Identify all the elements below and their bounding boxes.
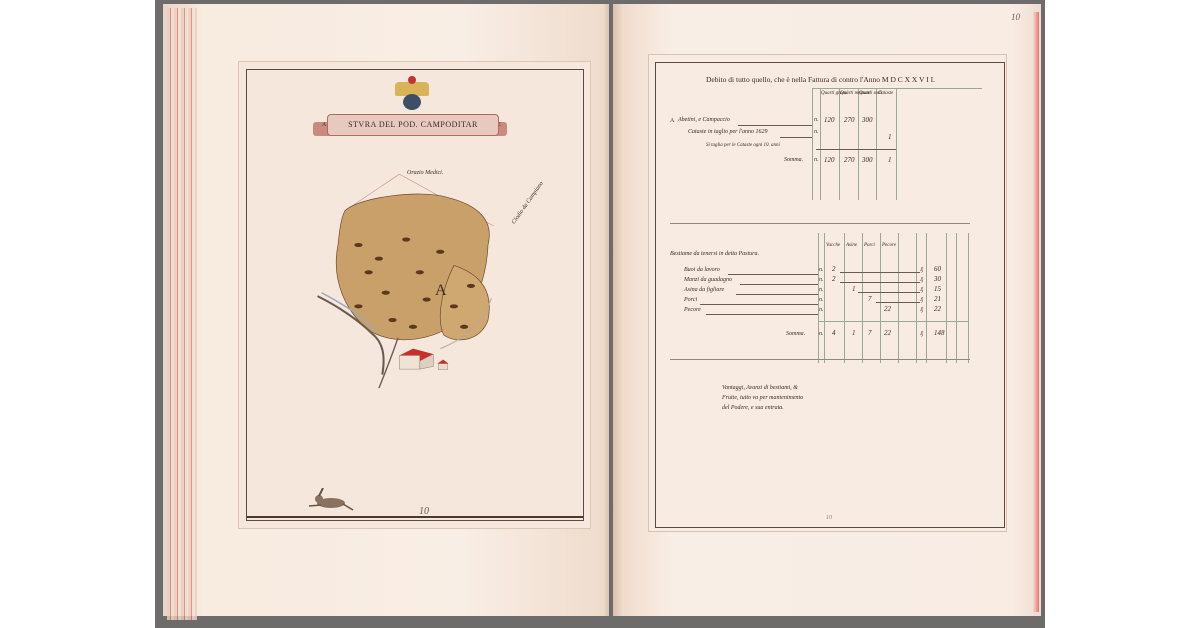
unit: n.	[819, 331, 824, 337]
value-cell: 120	[824, 156, 835, 164]
amount-cell: 60	[934, 265, 941, 273]
leader-line	[780, 137, 812, 138]
amount-cell: 22	[934, 305, 941, 313]
unit: n.	[814, 129, 819, 135]
account-heading: Debito di tutto quello, che è nella Fatt…	[706, 75, 935, 84]
grid-line	[820, 88, 821, 200]
grid-line	[858, 88, 859, 200]
section-divider	[670, 223, 970, 224]
value-cell: 1	[852, 329, 856, 337]
leader-line	[840, 272, 920, 273]
estate-map	[303, 170, 523, 395]
table-row-label: Pecore	[684, 307, 701, 313]
unit: n.	[819, 277, 824, 283]
sum-label: Somma.	[786, 331, 805, 337]
livestock-heading: Bestiame da tenersi in detta Pastura.	[670, 251, 759, 257]
unit: n.	[819, 287, 824, 293]
grid-line	[818, 321, 968, 322]
cartouche-title: STVRA DEL POD. CAMPODITAR	[327, 114, 499, 136]
grid-line	[880, 233, 881, 363]
map-frame: A DIE STVRA DEL POD. CAMPODITAR Orazio M…	[246, 69, 584, 521]
folio-number: 10	[1011, 12, 1020, 22]
value-cell: 2	[832, 265, 836, 273]
note-line: del Podere, e sua entrata.	[722, 405, 784, 411]
amount-cell: 30	[934, 275, 941, 283]
currency-symbol: ₰	[920, 331, 923, 337]
amount-cell: 148	[934, 329, 945, 337]
leader-line	[728, 274, 818, 275]
grid-line	[898, 233, 899, 363]
value-cell: 1	[888, 156, 892, 164]
row-prefix: A	[670, 118, 674, 124]
unit: n.	[819, 297, 824, 303]
grid-line	[896, 88, 897, 200]
currency-symbol: ₰	[920, 277, 923, 283]
table-row-label: Manzi da guadagno	[684, 277, 732, 283]
value-cell: 270	[844, 156, 855, 164]
value-cell: 22	[884, 329, 891, 337]
col-vacche: Vacche	[826, 243, 840, 248]
currency-symbol: ₰	[920, 297, 923, 303]
map-plate: A DIE STVRA DEL POD. CAMPODITAR Orazio M…	[238, 61, 591, 529]
grid-line	[824, 233, 825, 363]
grid-line	[916, 233, 917, 363]
grid-line	[876, 88, 877, 200]
grid-line	[968, 233, 969, 363]
value-cell: 1	[888, 133, 892, 141]
leader-line	[876, 302, 920, 303]
field-letter: A	[435, 282, 447, 300]
col-cataste: Cataste	[878, 91, 893, 96]
page-number: 10	[826, 515, 832, 521]
grid-line	[812, 88, 982, 89]
currency-symbol: ₰	[920, 307, 923, 313]
right-page: 10 Debito di tutto quello, che è nella F…	[613, 4, 1041, 616]
leader-line	[840, 282, 920, 283]
grid-line	[926, 233, 927, 363]
grid-line	[862, 233, 863, 363]
value-cell: 22	[884, 305, 891, 313]
unit: n.	[819, 267, 824, 273]
leader-line	[738, 125, 812, 126]
grid-line	[839, 88, 840, 200]
table-row-label: Porci	[684, 297, 697, 303]
table-row-label: Buoi da lavoro	[684, 267, 720, 273]
value-cell: 2	[832, 275, 836, 283]
unit: n.	[814, 157, 819, 163]
leader-line	[816, 149, 896, 150]
note-line: Frutte, tutto va per mantenimento	[722, 395, 803, 401]
col-porci: Porci	[864, 243, 875, 248]
value-cell: 7	[868, 329, 872, 337]
value-cell: 4	[832, 329, 836, 337]
unit: n.	[814, 117, 819, 123]
currency-symbol: ₰	[920, 267, 923, 273]
left-page: A DIE STVRA DEL POD. CAMPODITAR Orazio M…	[163, 4, 609, 616]
leader-line	[706, 314, 818, 315]
value-cell: 120	[824, 116, 835, 124]
note-line: Vantaggi, Avanzi di bestiami, &	[722, 385, 798, 391]
table-row-label: Abetini, e Campaccio	[678, 117, 730, 123]
page-edge-right	[1033, 12, 1039, 612]
value-cell: 270	[844, 116, 855, 124]
amount-cell: 15	[934, 285, 941, 293]
grid-line	[812, 88, 813, 200]
title-cartouche: A DIE STVRA DEL POD. CAMPODITAR	[317, 80, 507, 140]
leader-line	[858, 292, 920, 293]
section-divider	[670, 359, 970, 360]
open-book: A DIE STVRA DEL POD. CAMPODITAR Orazio M…	[155, 0, 1045, 628]
page-edges	[167, 8, 197, 620]
hare-icon	[307, 488, 357, 514]
unit: n.	[819, 307, 824, 313]
table-row-label: Cataste in taglio per l'anno 1629	[688, 129, 767, 135]
farmhouse-icon	[399, 349, 448, 370]
col-asine: Asine	[846, 243, 857, 248]
table-row-label: Si taglia per le Cataste ogni 10. anni	[706, 143, 780, 148]
orb-icon	[403, 94, 421, 110]
leader-line	[736, 294, 818, 295]
leader-line	[740, 284, 818, 285]
grid-line	[946, 233, 947, 363]
account-frame: Debito di tutto quello, che è nella Fatt…	[655, 62, 1005, 528]
amount-cell: 21	[934, 295, 941, 303]
col-pecore: Pecore	[882, 243, 896, 248]
value-cell: 300	[862, 156, 873, 164]
value-cell: 1	[852, 285, 856, 293]
grid-line	[844, 233, 845, 363]
currency-symbol: ₰	[920, 287, 923, 293]
value-cell: 7	[868, 295, 872, 303]
grid-line	[956, 233, 957, 363]
account-sheet: Debito di tutto quello, che è nella Fatt…	[648, 54, 1007, 532]
ground-line	[247, 516, 583, 518]
value-cell: 300	[862, 116, 873, 124]
plate-number: 10	[419, 506, 429, 517]
leader-line	[700, 304, 818, 305]
table-row-label: Asina da figliare	[684, 287, 724, 293]
sum-label: Somma.	[784, 157, 803, 163]
